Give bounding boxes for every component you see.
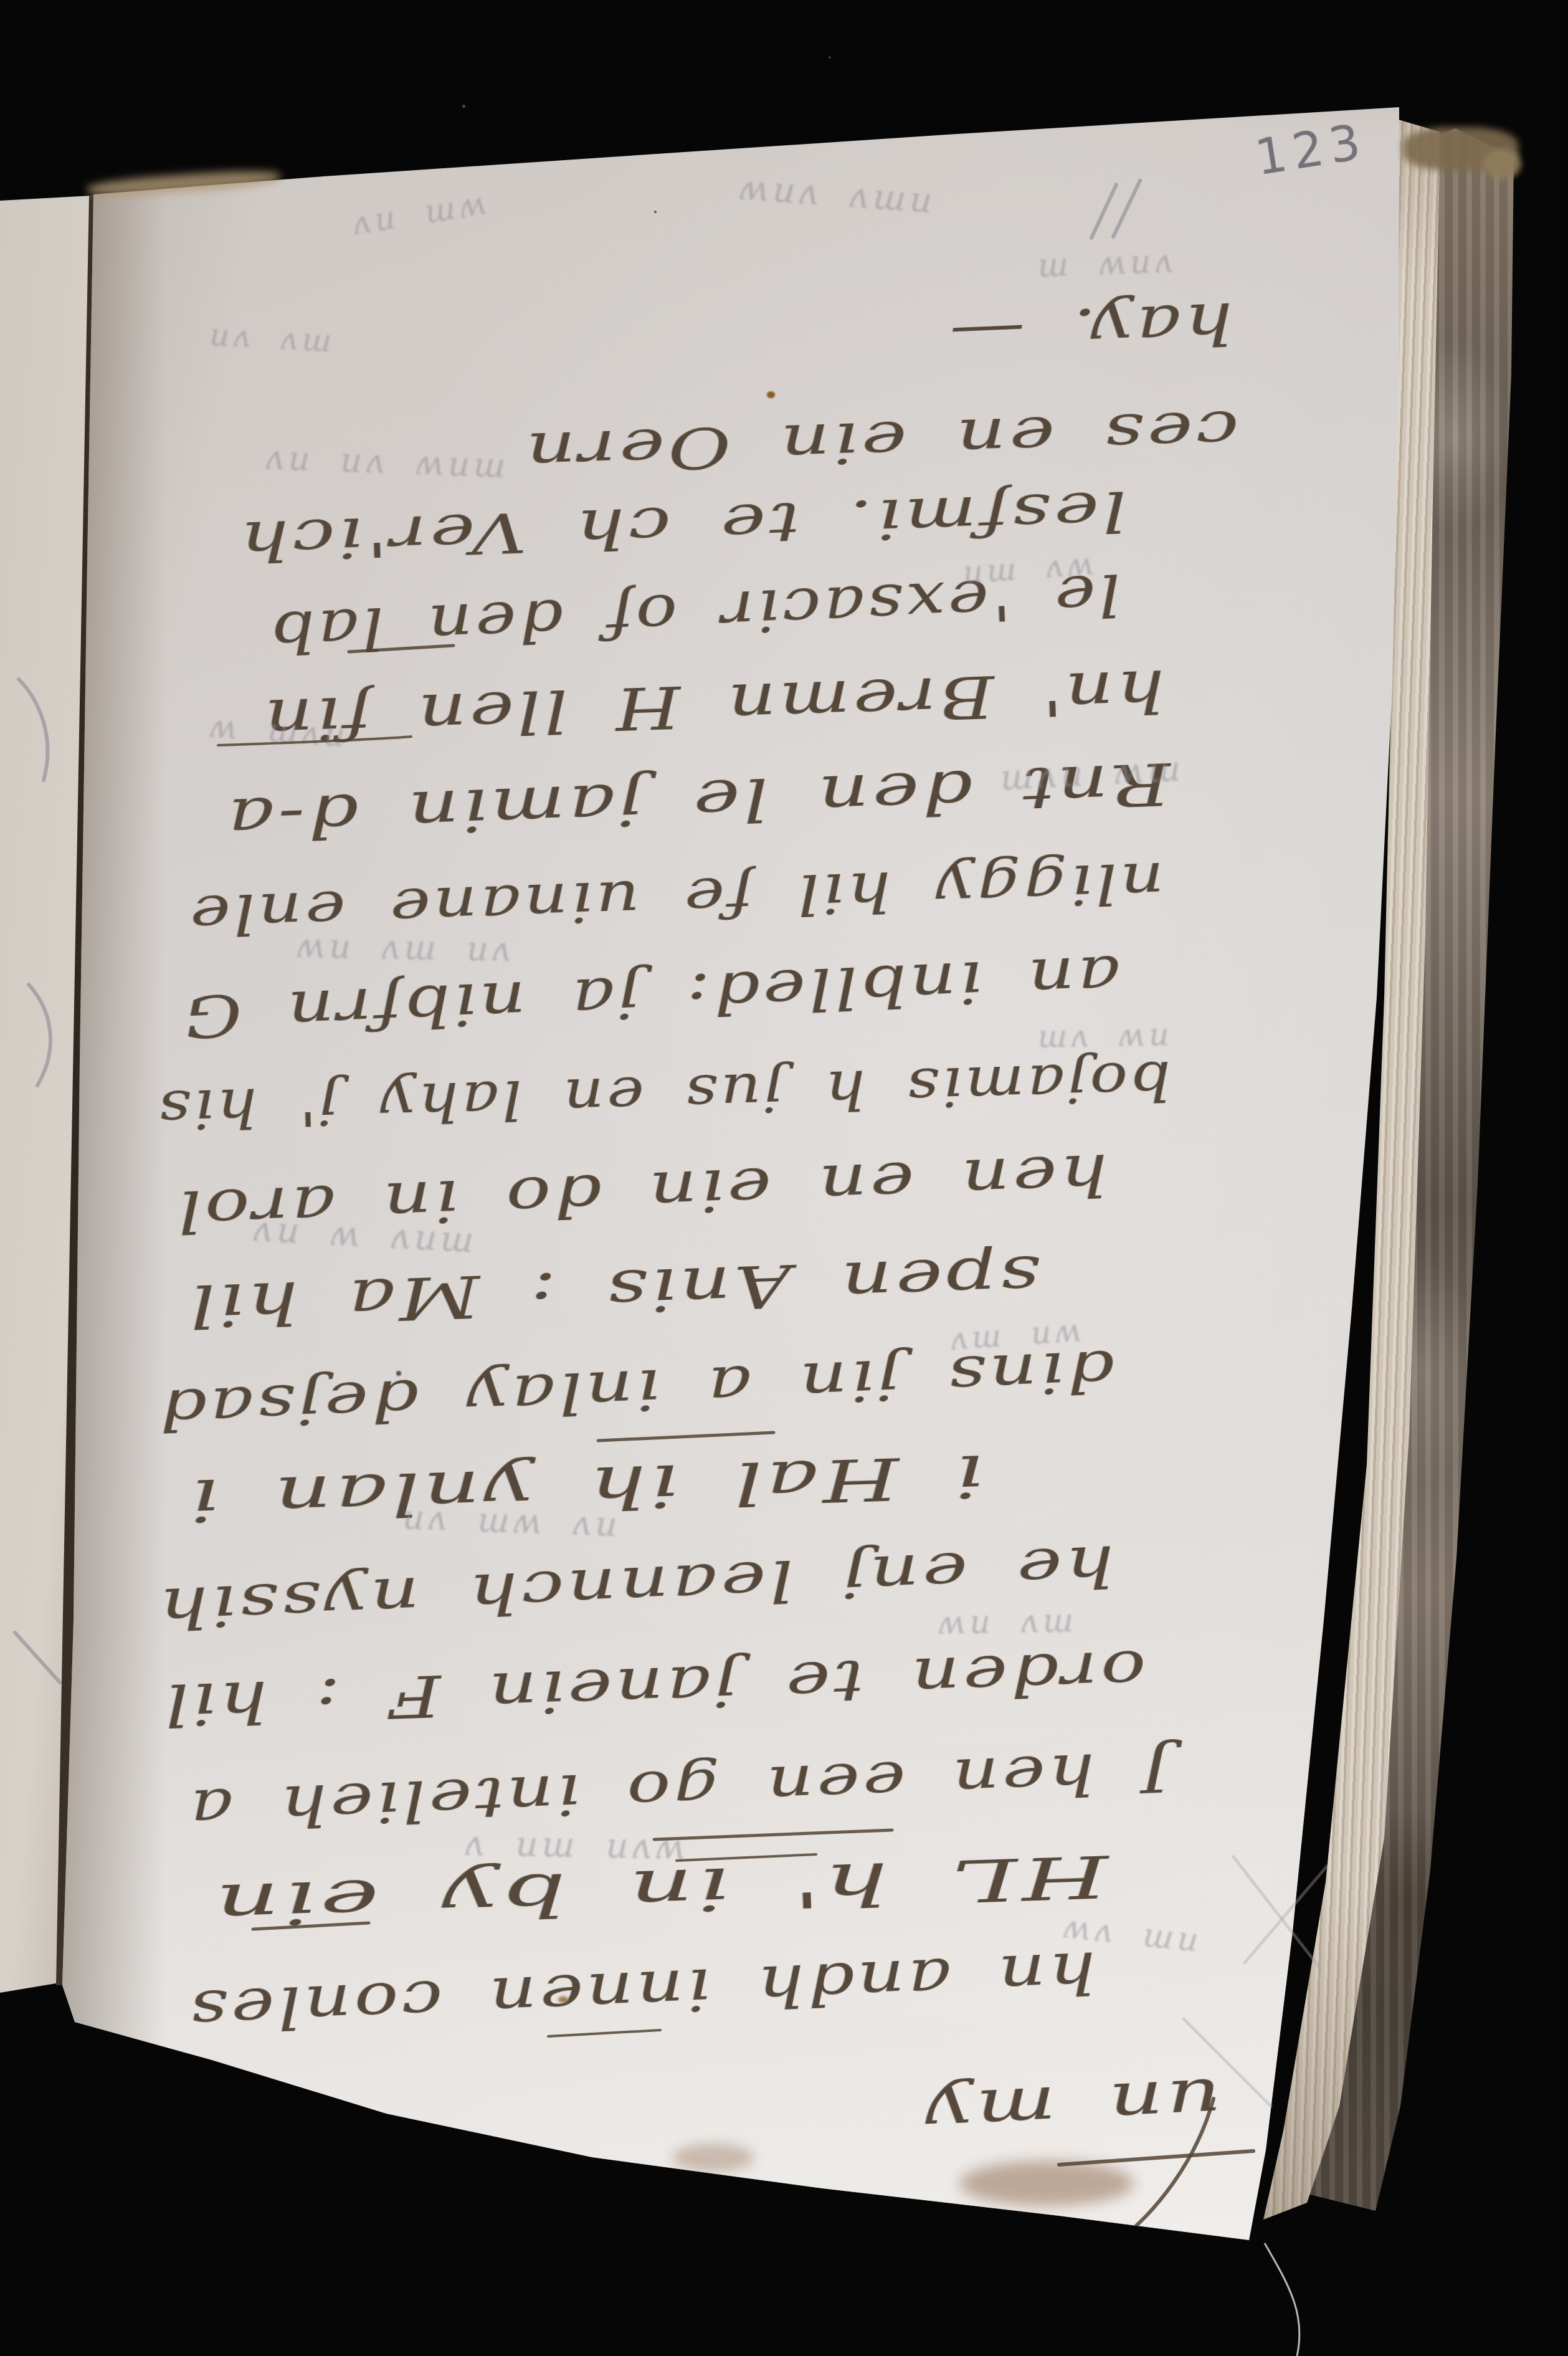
pencil-mark-1	[1091, 184, 1116, 238]
ghost-scribble-margin-2	[1245, 1866, 1327, 1963]
loose-thread	[1265, 2243, 1300, 2356]
pencil-scribble-sliver-2	[29, 985, 50, 1085]
dust-speck	[829, 56, 831, 59]
ghost-scribble-margin-1	[1233, 1857, 1321, 1969]
pencil-scribble-sliver-1	[19, 679, 47, 780]
photo-stage: hay. —ces en ein Oernlesfmi. te ch Ver'i…	[0, 0, 1568, 2356]
pencil-scribble-sliver-3	[15, 1633, 60, 1682]
pencil-and-thread-overlay	[0, 0, 1568, 2356]
pencil-mark-2	[1113, 181, 1140, 237]
dust-speck	[654, 211, 657, 213]
vellum-top-tuft-small	[1483, 148, 1521, 179]
ghost-scribble-margin-3	[1184, 2019, 1271, 2106]
dust-speck	[462, 105, 465, 108]
